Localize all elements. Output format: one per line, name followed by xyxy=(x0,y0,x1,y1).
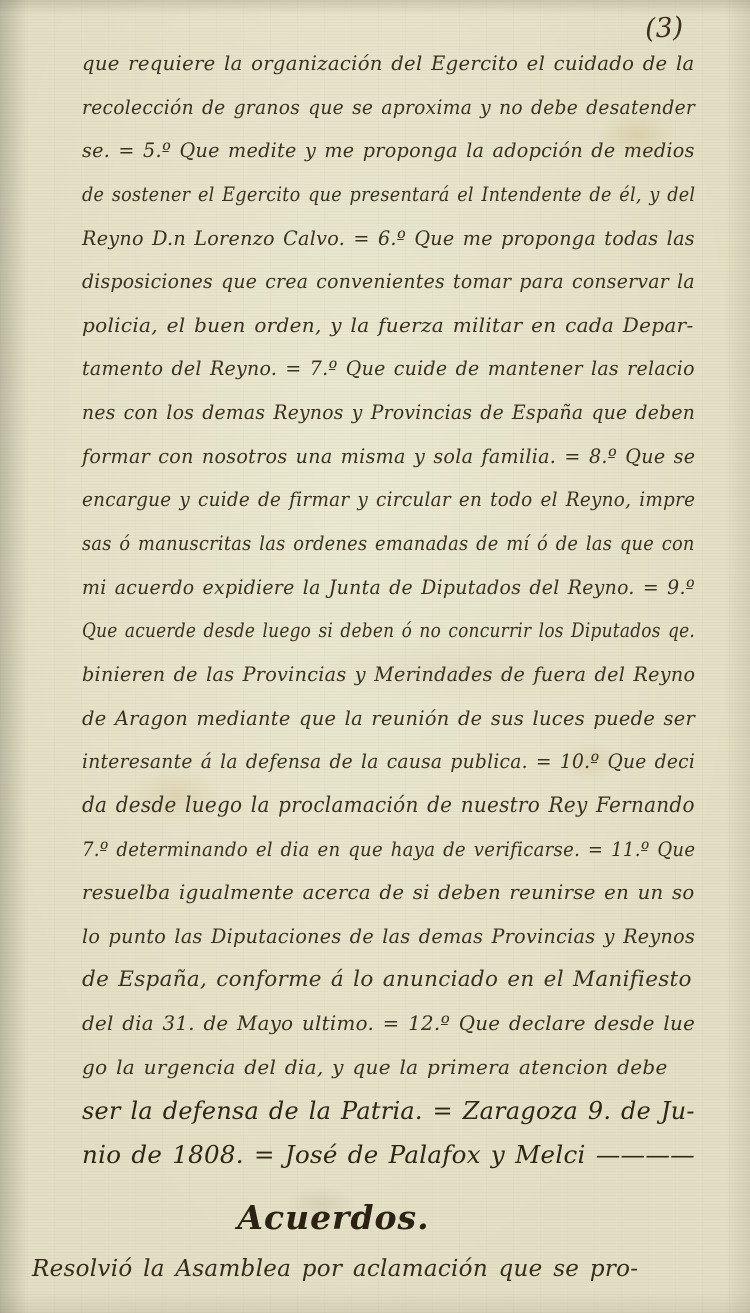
manuscript-body: que requiere la organización del Egercit… xyxy=(0,0,750,1293)
manuscript-line: formar con nosotros una misma y sola fam… xyxy=(82,435,667,479)
manuscript-line: encargue y cuide de firmar y circular en… xyxy=(82,478,645,522)
manuscript-line: mi acuerdo expidiere la Junta de Diputad… xyxy=(82,566,661,610)
manuscript-line: sas ó manuscritas las ordenes emanadas d… xyxy=(82,522,627,566)
manuscript-line: interesante á la defensa de la causa pub… xyxy=(82,740,653,784)
manuscript-line: ser la defensa de la Patria. = Zaragoza … xyxy=(82,1089,679,1133)
manuscript-line: 7.º determinando el dia en que haya de v… xyxy=(82,828,636,872)
manuscript-line: de sostener el Egercito que presentará e… xyxy=(82,173,622,217)
manuscript-line: lo punto las Diputaciones de las demas P… xyxy=(82,915,669,959)
manuscript-line: que requiere la organización del Egercit… xyxy=(82,42,683,86)
manuscript-line: de Aragon mediante que la reunión de sus… xyxy=(82,697,677,741)
closing-line: Resolvió la Asamblea por aclamación que … xyxy=(32,1245,695,1293)
manuscript-line: policia, el buen orden, y la fuerza mili… xyxy=(82,304,695,348)
manuscript-line: se. = 5.º Que medite y me proponga la ad… xyxy=(82,129,669,173)
section-heading: Acuerdos. xyxy=(82,1193,585,1243)
manuscript-line: nes con los demas Reynos y Provincias de… xyxy=(82,391,656,435)
manuscript-line: disposiciones que crea convenientes toma… xyxy=(82,260,657,304)
manuscript-line: Que acuerde desde luego si deben ó no co… xyxy=(82,609,601,653)
manuscript-line: go la urgencia del dia, y que la primera… xyxy=(82,1046,695,1090)
manuscript-page: (3) que requiere la organización del Ege… xyxy=(0,0,750,1313)
manuscript-line: de España, conforme á lo anunciado en el… xyxy=(82,958,695,1002)
manuscript-line: binieren de las Provincias y Merindades … xyxy=(82,653,669,697)
manuscript-line: del dia 31. de Mayo ultimo. = 12.º Que d… xyxy=(82,1002,689,1046)
manuscript-line: Reyno D.n Lorenzo Calvo. = 6.º Que me pr… xyxy=(82,217,668,261)
manuscript-line: tamento del Reyno. = 7.º Que cuide de ma… xyxy=(82,347,663,391)
manuscript-line: recolección de granos que se aproxima y … xyxy=(82,86,654,130)
signature-line: nio de 1808. = José de Palafox y Melci —… xyxy=(82,1133,695,1177)
manuscript-line: da desde luego la proclamación de nuestr… xyxy=(82,784,651,828)
manuscript-line: resuelba igualmente acerca de si deben r… xyxy=(82,871,685,915)
